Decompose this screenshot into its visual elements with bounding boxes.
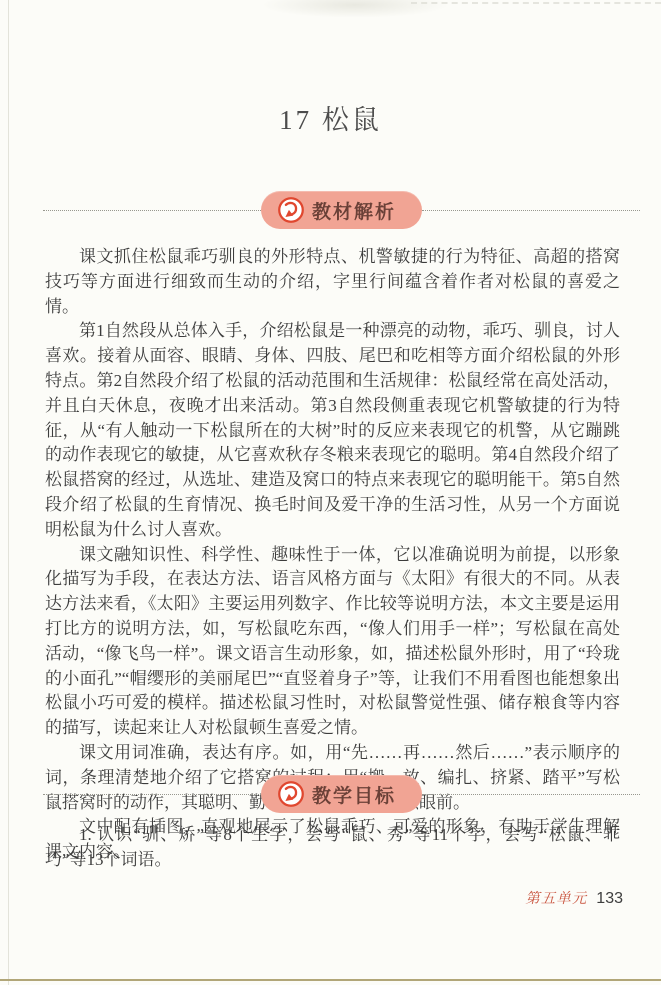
lesson-title: 17 松鼠 [0, 98, 661, 137]
section-header-analysis: 教材解析 [43, 191, 640, 229]
analysis-section-body: 课文抓住松鼠乖巧驯良的外形特点、机警敏捷的行为特征、高超的搭窝技巧等方面进行细致… [45, 245, 620, 865]
paragraph: 1. 认识“驯、矫”等8个生字，会写“鼠、秀”等11个字，会写“松鼠、乖巧”等1… [45, 822, 620, 872]
paragraph: 第1自然段从总体入手，介绍松鼠是一种漂亮的动物，乖巧、驯良，讨人喜欢。接着从面容… [45, 319, 620, 542]
section-header-objectives: 教学目标 [43, 775, 640, 813]
scan-artifact-dashes [411, 2, 661, 4]
page-footer: 第五单元 133 [525, 887, 623, 908]
book-bottom-edge [0, 979, 661, 981]
analysis-badge-label: 教材解析 [312, 197, 396, 224]
paragraph: 课文抓住松鼠乖巧驯良的外形特点、机警敏捷的行为特征、高超的搭窝技巧等方面进行细致… [45, 245, 620, 319]
textbook-page: 17 松鼠 教材解析 课文抓住松鼠乖巧驯良的外形特点、机警敏捷的行为特征、高超的… [0, 0, 661, 985]
analysis-badge: 教材解析 [261, 191, 422, 229]
objectives-badge-label: 教学目标 [312, 781, 396, 808]
objectives-section-body: 1. 认识“驯、矫”等8个生字，会写“鼠、秀”等11个字，会写“松鼠、乖巧”等1… [45, 822, 620, 872]
page-edge-line [8, 0, 9, 985]
page-number: 133 [596, 890, 623, 908]
paragraph: 课文融知识性、科学性、趣味性于一体，它以准确说明为前提，以形象化描写为手段，在表… [45, 543, 620, 741]
unit-label: 第五单元 [525, 887, 587, 908]
arrow-down-circle-icon [277, 780, 305, 808]
dotted-rule-left [43, 210, 261, 211]
dotted-rule-right [422, 210, 640, 211]
objectives-badge: 教学目标 [261, 775, 422, 813]
dotted-rule-left [43, 794, 261, 795]
arrow-down-circle-icon [277, 196, 305, 224]
dotted-rule-right [422, 794, 640, 795]
